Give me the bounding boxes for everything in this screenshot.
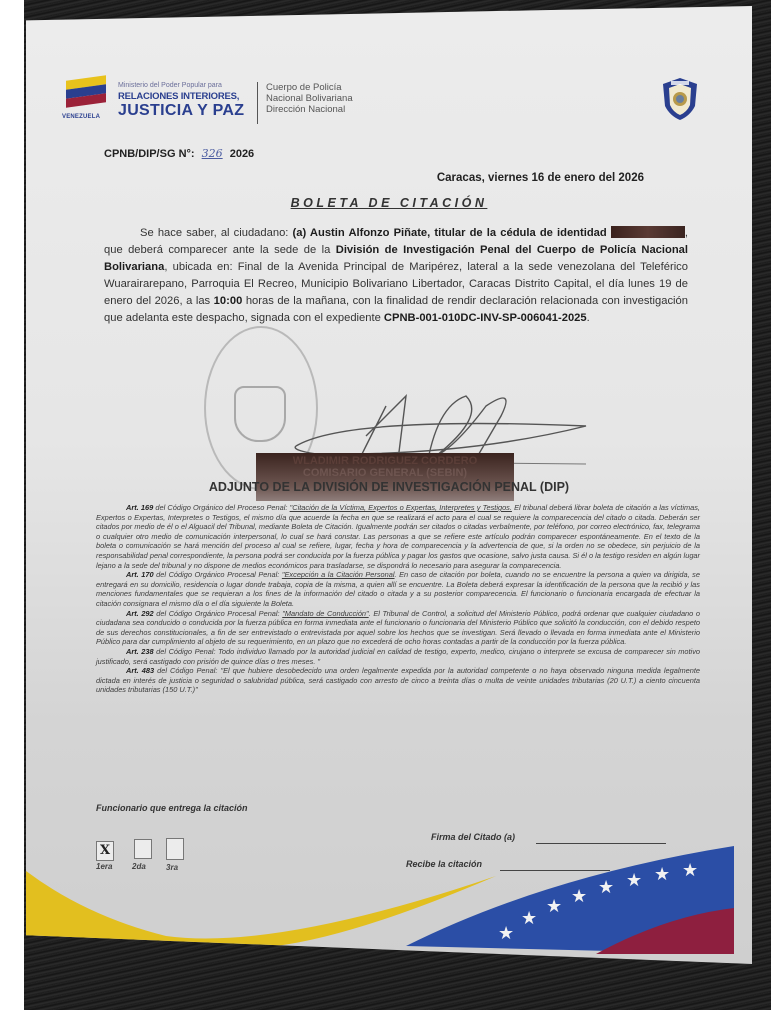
- svg-text:★: ★: [598, 877, 614, 897]
- legal-articles: Art. 169 del Código Orgánico del Proceso…: [96, 503, 700, 695]
- signer-position: ADJUNTO DE LA DIVISIÓN DE INVESTIGACIÓN …: [26, 480, 752, 494]
- reference-number: CPNB/DIP/SG N°: 326 2026: [104, 147, 254, 160]
- header-divider: [257, 82, 258, 124]
- institution-line-1: Cuerpo de Policía: [266, 82, 342, 93]
- signer-name: WLADIMIR RODRIGUEZ CORDERO: [256, 455, 514, 467]
- svg-text:★: ★: [521, 908, 537, 928]
- svg-text:★: ★: [546, 896, 562, 916]
- reference-prefix: CPNB/DIP/SG N°:: [104, 148, 195, 160]
- institution-line-3: Dirección Nacional: [266, 104, 345, 115]
- institution-line-2: Nacional Bolivariana: [266, 93, 353, 104]
- citation-document: VENEZUELA Ministerio del Poder Popular p…: [26, 6, 752, 964]
- svg-text:★: ★: [626, 870, 642, 890]
- police-badge-icon: [660, 76, 700, 122]
- case-number: CPNB-001-010DC-INV-SP-006041-2025: [384, 312, 587, 324]
- article-169: Art. 169 del Código Orgánico del Proceso…: [96, 503, 700, 570]
- svg-text:★: ★: [571, 886, 587, 906]
- venezuela-flag-logo: [66, 78, 106, 110]
- article-483: Art. 483 del Código Penal: "El que hubie…: [96, 666, 700, 695]
- appointment-time: 10:00: [214, 295, 243, 307]
- article-292: Art. 292 del Código Orgánico Procesal Pe…: [96, 609, 700, 647]
- handwritten-number: 326: [198, 147, 227, 160]
- date-line: Caracas, viernes 16 de enero del 2026: [437, 172, 644, 184]
- ministry-line-2: RELACIONES INTERIORES,: [118, 91, 239, 102]
- ministry-line-1: Ministerio del Poder Popular para: [118, 82, 222, 89]
- citation-body: Se hace saber, al ciudadano: (a) Austin …: [104, 225, 688, 327]
- official-label: Funcionario que entrega la citación: [96, 803, 248, 813]
- document-title: BOLETA DE CITACIÓN: [26, 196, 752, 210]
- svg-text:★: ★: [654, 864, 670, 884]
- reference-year: 2026: [230, 148, 254, 160]
- redacted-id: [611, 226, 685, 238]
- svg-text:★: ★: [682, 860, 698, 880]
- country-caption: VENEZUELA: [62, 114, 100, 120]
- article-170: Art. 170 del Código Orgánico Procesal Pe…: [96, 570, 700, 608]
- svg-text:★: ★: [498, 923, 514, 943]
- article-238: Art. 238 del Código Penal: Todo individu…: [96, 647, 700, 666]
- signer-rank: COMISARIO GENERAL (SEBIN): [256, 467, 514, 479]
- stamp-shield-icon: [234, 386, 286, 442]
- citizen-name: (a) Austin Alfonzo Piñate, titular de la…: [293, 227, 607, 239]
- ministry-line-3: JUSTICIA Y PAZ: [118, 102, 244, 120]
